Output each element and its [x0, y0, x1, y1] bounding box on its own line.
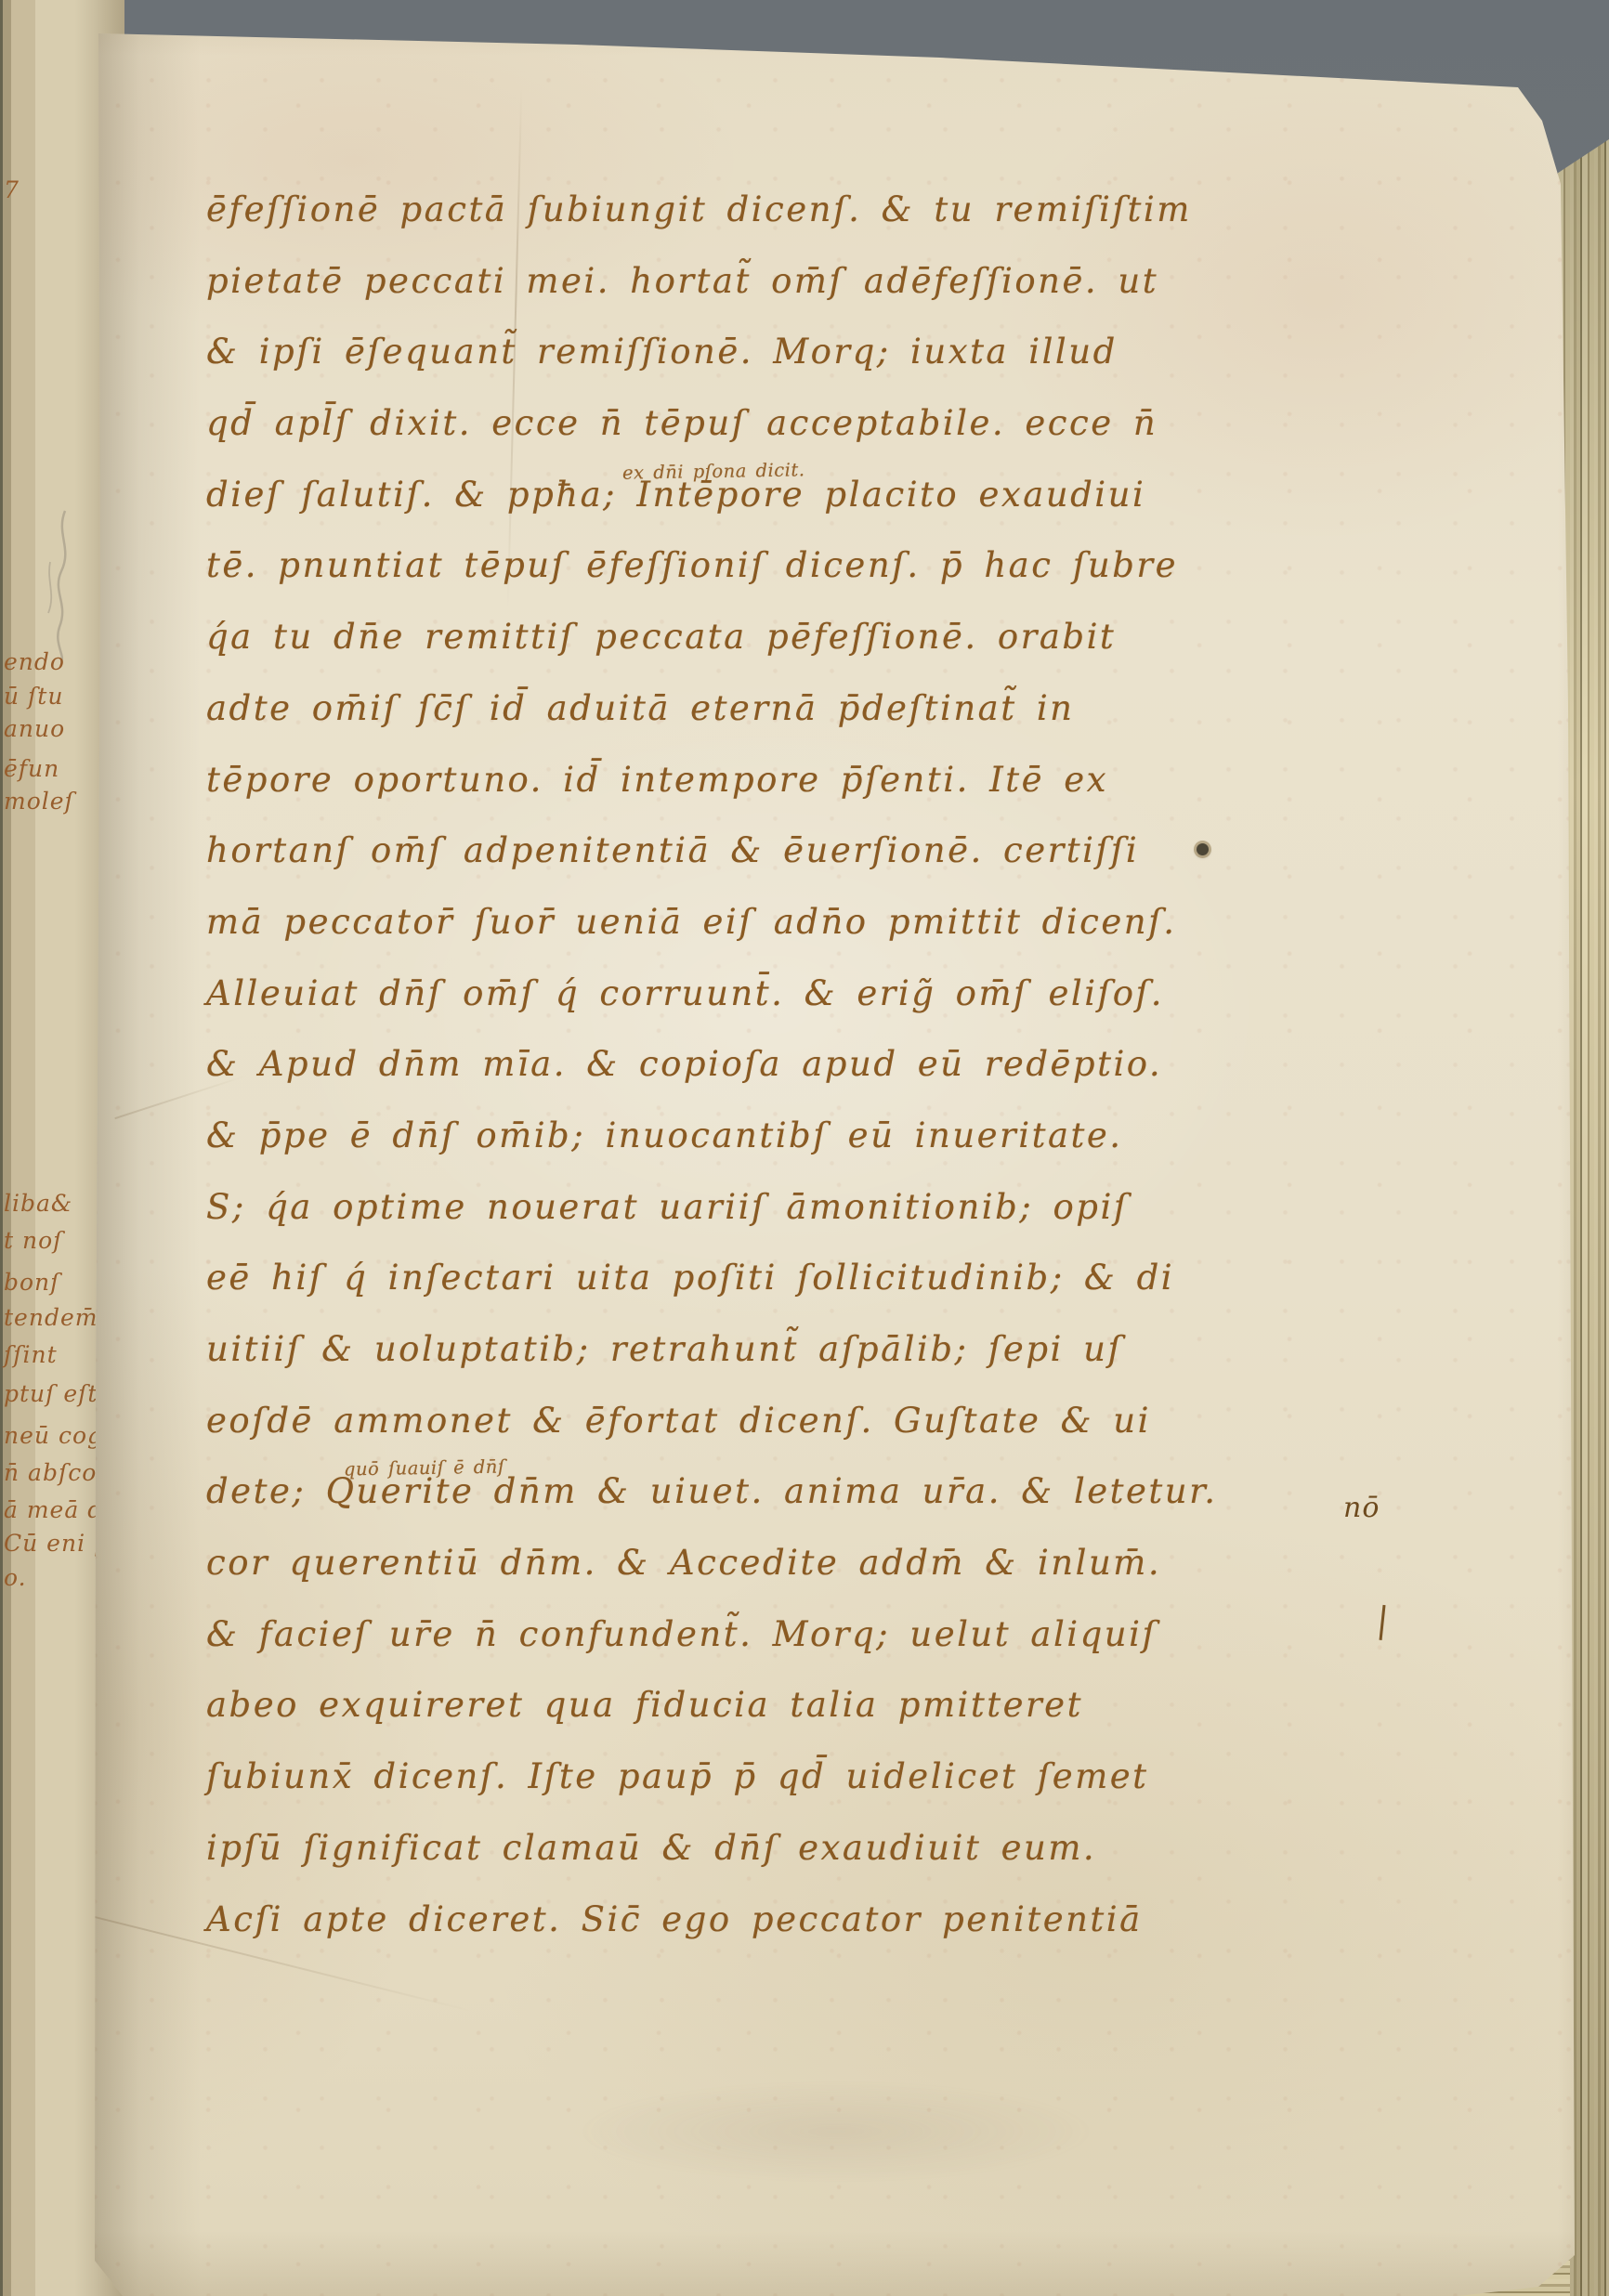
gutter-text-fragment: ptuſ eſt	[4, 1382, 98, 1405]
text-line: & p̄pe ē dn̄ſ om̄ib; inuocantibſ eū inue…	[206, 1101, 1302, 1172]
line-text: & facieſ ur̄e n̄ confundent̃. Morq; uelu…	[206, 1614, 1158, 1654]
interlinear-gloss: quō ſuauiſ ē dn̄ſ	[344, 1458, 505, 1480]
ink-showthrough-stain	[576, 2081, 1096, 2183]
text-line: Acſi apte diceret. Sic̄ ego peccator pen…	[206, 1885, 1302, 1956]
gutter-text-fragment: 7	[4, 178, 20, 202]
gutter-text-fragment: t noſ	[4, 1229, 62, 1252]
line-text: eoſdē ammonet & ēfortat dicenſ. Guſtate …	[206, 1401, 1151, 1441]
gutter-text-fragment: bonſ	[4, 1271, 59, 1294]
text-line: q́a tu dn̄e remittiſ peccata pēfeſſionē.…	[206, 602, 1302, 673]
text-line: cor querentiū dn̄m. & Accedite addm̄ & i…	[206, 1528, 1302, 1599]
line-text: ēfeſſionē pactā ſubiungit dicenſ. & tu r…	[206, 189, 1192, 229]
line-text: mā peccator̄ ſuor̄ ueniā eiſ adn̄o pmitt…	[206, 902, 1177, 942]
gutter-text-fragment: endo	[4, 650, 65, 673]
right-margin-stroke: |	[1375, 1598, 1391, 1640]
gutter-text-fragment: anuo	[4, 717, 65, 740]
line-text: abeo exquireret qua fiducia talia pmitte…	[206, 1685, 1083, 1725]
text-line: ēfeſſionē pactā ſubiungit dicenſ. & tu r…	[206, 175, 1302, 246]
text-line: hortanſ om̄ſ adpenitentiā & ēuerſionē. c…	[206, 815, 1302, 887]
text-line: adte om̄iſ ſc̄ſ id̄ aduitā eternā p̄deſt…	[206, 673, 1302, 745]
folio-page-number: .9.	[1436, 30, 1505, 85]
text-line: ſubiunx̄ dicenſ. Iſte paup̄ p̄ qd̄ uidel…	[206, 1742, 1302, 1813]
line-text: S; q́a optime nouerat uariiſ āmonitionib…	[206, 1187, 1129, 1227]
text-line: & facieſ ur̄e n̄ confundent̃. Morq; uelu…	[206, 1599, 1302, 1671]
line-text: tē. pnuntiat tēpuſ ēfeſſioniſ dicenſ. p̄…	[206, 545, 1178, 585]
line-text: & p̄pe ē dn̄ſ om̄ib; inuocantibſ eū inue…	[206, 1115, 1123, 1155]
gutter-text-fragment: neū cog	[4, 1424, 103, 1447]
line-text: uitiiſ & uoluptatib; retrahunt̃ aſpālib;…	[206, 1329, 1123, 1369]
text-line: abeo exquireret qua fiducia talia pmitte…	[206, 1670, 1302, 1742]
text-line: quō ſuauiſ ē dn̄ſdete; Querite dn̄m & ui…	[206, 1456, 1302, 1528]
text-line: ipſū ſignificat clamaū & dn̄ſ exaudiuit …	[206, 1813, 1302, 1885]
line-text: eē hiſ q́ inſectari uita poſiti ſollicit…	[206, 1258, 1174, 1298]
gutter-text-fragment: ū ſtu	[4, 685, 63, 708]
text-line: eē hiſ q́ inſectari uita poſiti ſollicit…	[206, 1243, 1302, 1314]
faint-pen-scrawl	[37, 506, 84, 664]
gutter-text-fragment: liba&	[4, 1192, 72, 1215]
line-text: q́a tu dn̄e remittiſ peccata pēfeſſionē.…	[206, 617, 1116, 657]
text-line: eoſdē ammonet & ēfortat dicenſ. Guſtate …	[206, 1386, 1302, 1457]
text-line: mā peccator̄ ſuor̄ ueniā eiſ adn̄o pmitt…	[206, 887, 1302, 959]
text-line: & Apud dn̄m mīa. & copioſa apud eū redēp…	[206, 1029, 1302, 1101]
right-margin-note: nō	[1343, 1492, 1380, 1524]
line-text: & Apud dn̄m mīa. & copioſa apud eū redēp…	[206, 1044, 1162, 1084]
gutter-text-fragment: ſſint	[4, 1343, 58, 1366]
line-text: pietatē peccati mei. hortat̃ om̄ſ adēfeſ…	[206, 261, 1158, 301]
text-line: tēpore oportuno. id̄ intempore p̄ſenti. …	[206, 745, 1302, 816]
line-text: cor querentiū dn̄m. & Accedite addm̄ & i…	[206, 1543, 1161, 1583]
line-text: adte om̄iſ ſc̄ſ id̄ aduitā eternā p̄deſt…	[206, 688, 1075, 728]
line-text: tēpore oportuno. id̄ intempore p̄ſenti. …	[206, 760, 1108, 800]
text-line: uitiiſ & uoluptatib; retrahunt̃ aſpālib;…	[206, 1314, 1302, 1386]
text-line: & ipſi ēſequant̃ remiſſionē. Morq; iuxta…	[206, 317, 1302, 388]
manuscript-page: .9. ēfeſſionē pactā ſubiungit dicenſ. & …	[0, 0, 1609, 2296]
gutter-text-fragment: tendem̄	[4, 1306, 98, 1329]
line-text: Alleuiat dn̄ſ om̄ſ q́ corruunt̄. & erig̃…	[206, 973, 1164, 1013]
text-block: ēfeſſionē pactā ſubiungit dicenſ. & tu r…	[206, 175, 1302, 1955]
text-line: S; q́a optime nouerat uariiſ āmonitionib…	[206, 1172, 1302, 1244]
line-text: qd̄ apl̄ſ dixit. ecce n̄ tēpuſ acceptabi…	[206, 403, 1158, 443]
line-text: ſubiunx̄ dicenſ. Iſte paup̄ p̄ qd̄ uidel…	[206, 1756, 1149, 1796]
gutter-text-fragment: moleſ	[4, 789, 74, 813]
line-text: & ipſi ēſequant̃ remiſſionē. Morq; iuxta…	[206, 332, 1118, 372]
line-text: ipſū ſignificat clamaū & dn̄ſ exaudiuit …	[206, 1828, 1096, 1868]
manuscript-photo: 7endoū ſtuanuoēfunmoleſliba&t noſbonſten…	[0, 0, 1609, 2296]
interlinear-gloss: ex dn̄i pſona dicit.	[622, 461, 805, 482]
line-text: hortanſ om̄ſ adpenitentiā & ēuerſionē. c…	[206, 830, 1139, 870]
text-line: qd̄ apl̄ſ dixit. ecce n̄ tēpuſ acceptabi…	[206, 388, 1302, 460]
text-line: tē. pnuntiat tēpuſ ēfeſſioniſ dicenſ. p̄…	[206, 530, 1302, 602]
text-line: pietatē peccati mei. hortat̃ om̄ſ adēfeſ…	[206, 246, 1302, 318]
line-text: Acſi apte diceret. Sic̄ ego peccator pen…	[206, 1899, 1143, 1939]
gutter-text-fragment: ēfun	[4, 757, 59, 780]
wormhole	[1197, 843, 1209, 855]
text-line: Alleuiat dn̄ſ om̄ſ q́ corruunt̄. & erig̃…	[206, 959, 1302, 1030]
gutter-text-fragment: o.	[4, 1566, 27, 1589]
text-line: ex dn̄i pſona dicit.dieſ ſalutiſ. & ppħa…	[206, 460, 1302, 531]
